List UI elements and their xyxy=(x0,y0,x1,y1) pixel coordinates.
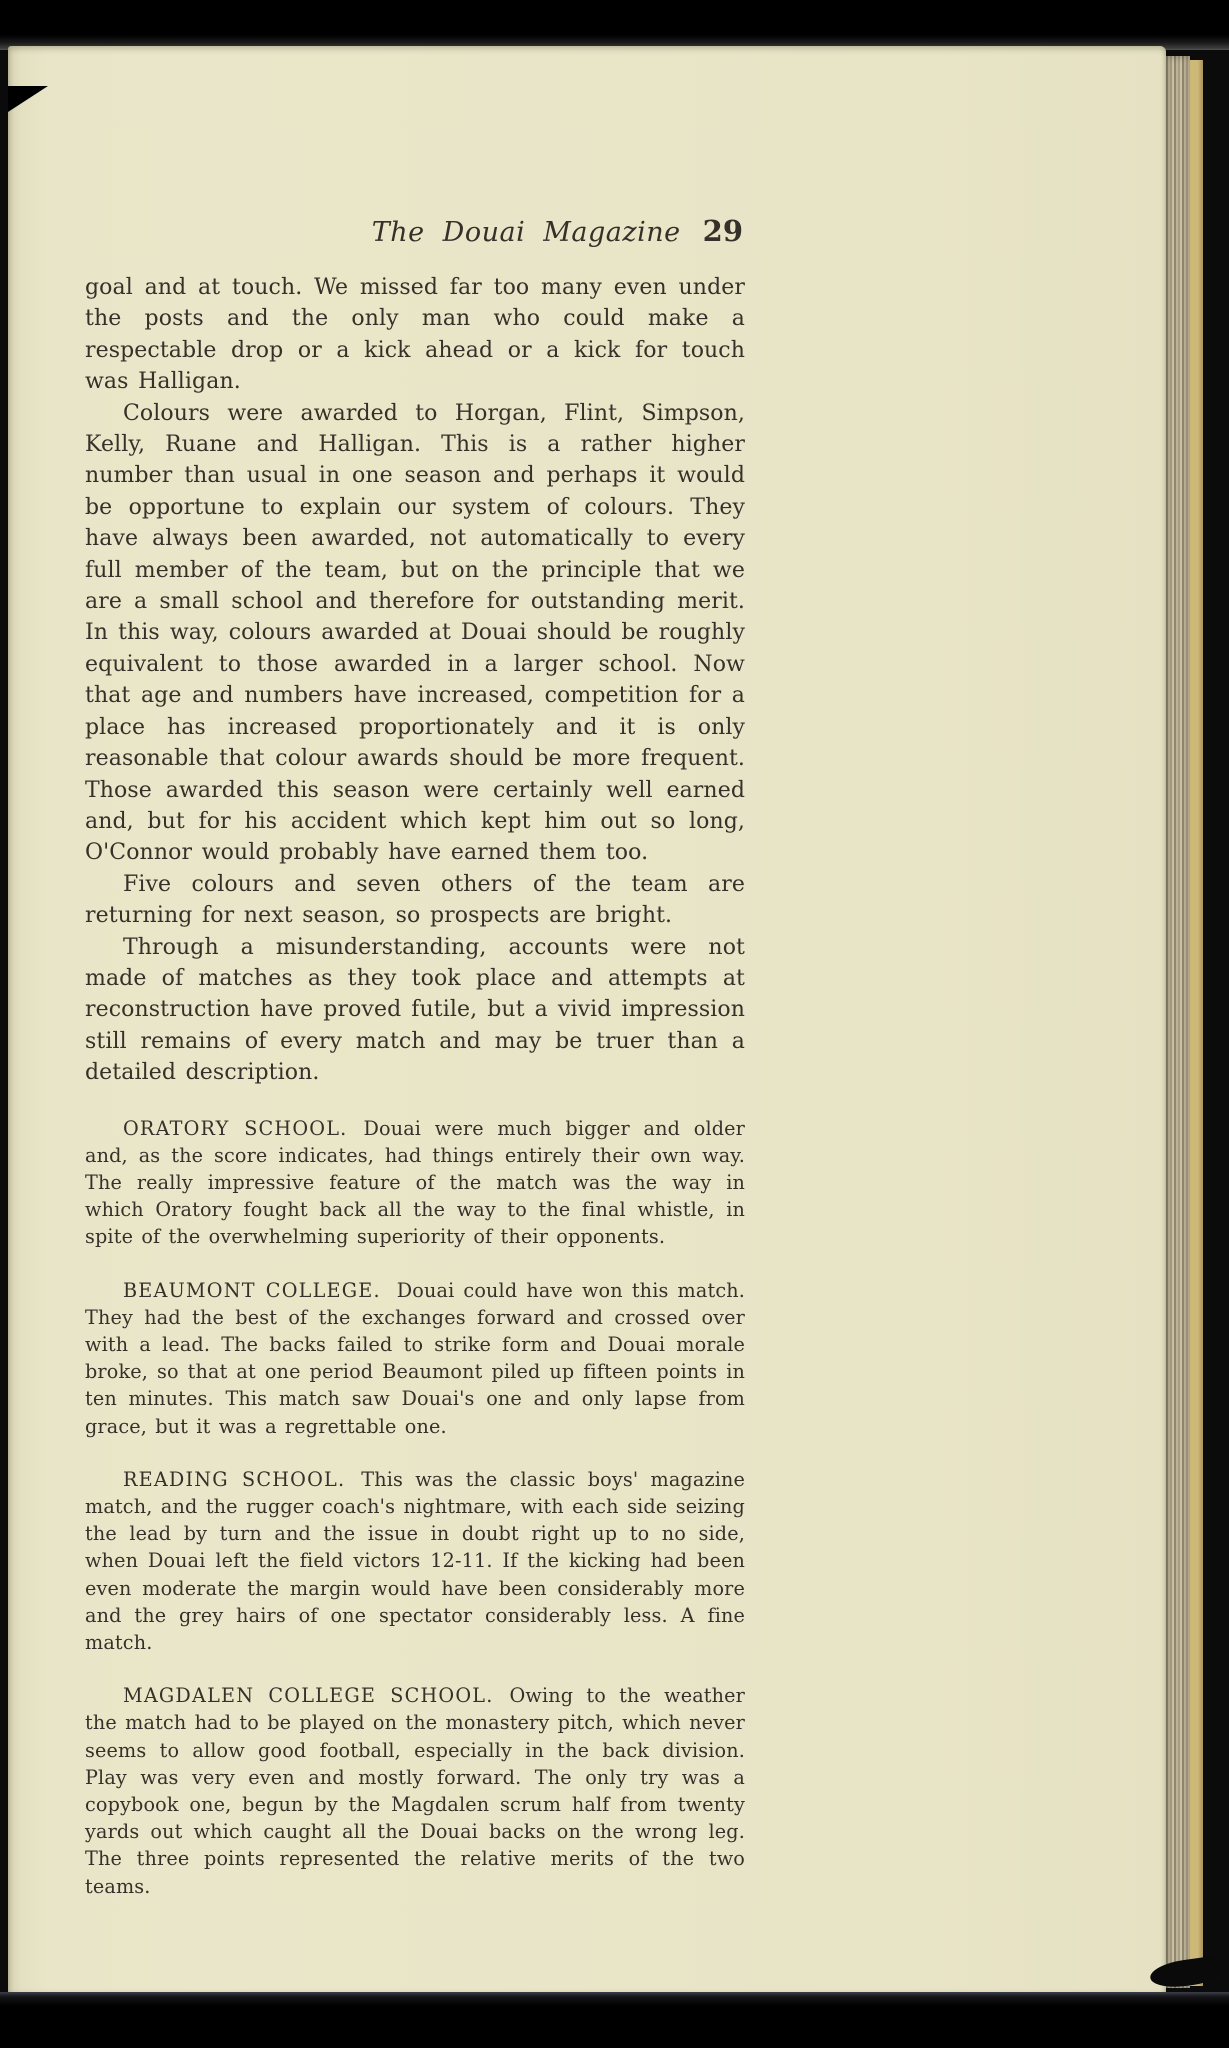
page-stack-outer-edge xyxy=(1190,60,1203,1986)
page-number: 29 xyxy=(703,214,743,248)
page-title: The Douai Magazine xyxy=(372,217,681,248)
team-name: READING SCHOOL. xyxy=(123,1468,345,1491)
match-report-body: Owing to the weather the match had to be… xyxy=(85,1684,745,1897)
page-content: The Douai Magazine29 goal and at touch. … xyxy=(85,46,745,1900)
match-report-beaumont: BEAUMONT COLLEGE.Douai could have won th… xyxy=(85,1277,745,1440)
book-cover-top-edge xyxy=(0,0,1229,50)
team-name: ORATORY SCHOOL. xyxy=(123,1117,347,1140)
match-report-body: Douai could have won this match. They ha… xyxy=(85,1279,745,1438)
match-report-reading: READING SCHOOL.This was the classic boys… xyxy=(85,1466,745,1656)
book-page: The Douai Magazine29 goal and at touch. … xyxy=(8,46,1166,1996)
team-name: MAGDALEN COLLEGE SCHOOL. xyxy=(123,1684,494,1707)
book-photo: The Douai Magazine29 goal and at touch. … xyxy=(0,0,1229,2048)
running-head: The Douai Magazine29 xyxy=(85,214,745,248)
team-name: BEAUMONT COLLEGE. xyxy=(123,1279,381,1302)
match-report-body: This was the classic boys' magazine matc… xyxy=(85,1468,745,1654)
match-report-magdalen: MAGDALEN COLLEGE SCHOOL.Owing to the wea… xyxy=(85,1682,745,1900)
book-cover-bottom-edge xyxy=(0,1992,1229,2048)
paragraph: Colours were awarded to Horgan, Flint, S… xyxy=(85,398,745,869)
paragraph: goal and at touch. We missed far too man… xyxy=(85,272,745,398)
match-report-oratory: ORATORY SCHOOL.Douai were much bigger an… xyxy=(85,1115,745,1251)
paragraph: Five colours and seven others of the tea… xyxy=(85,869,745,932)
paragraph: Through a misunderstanding, accounts wer… xyxy=(85,932,745,1089)
page-corner-shadow xyxy=(8,86,48,112)
page-stack-fore-edge xyxy=(1166,56,1190,1988)
